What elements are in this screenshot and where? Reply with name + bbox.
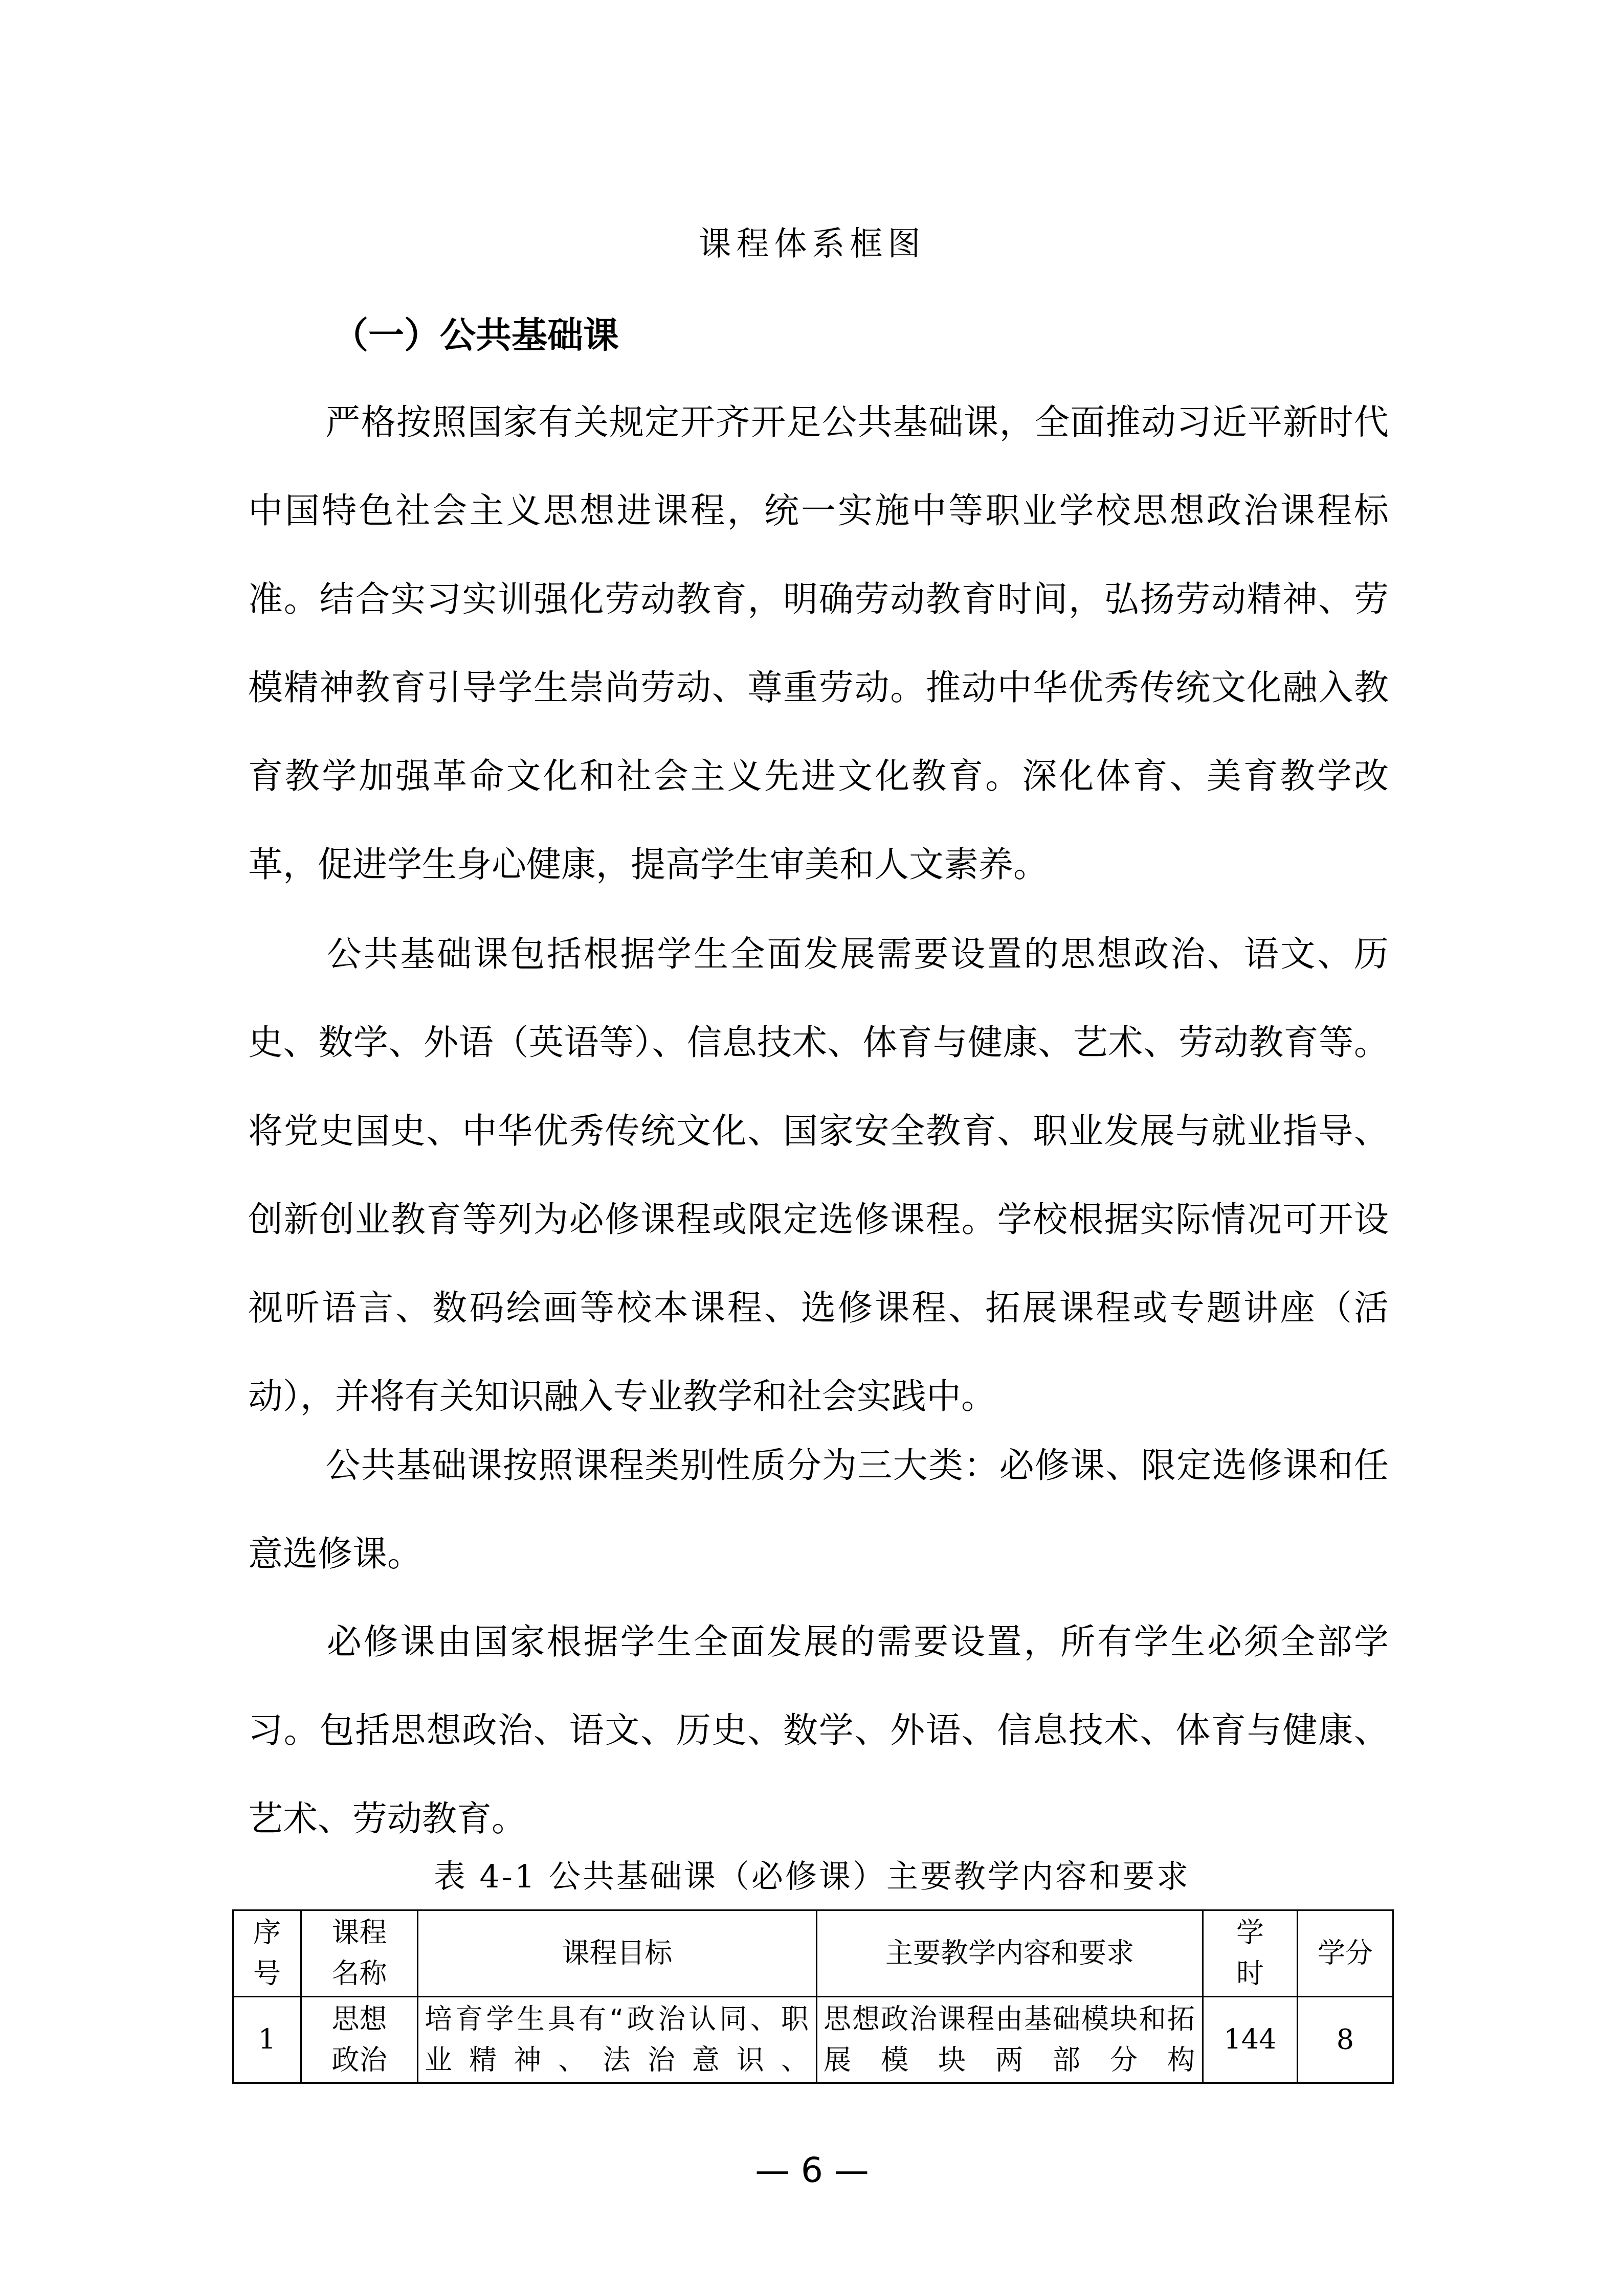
paragraph-3-text: 公共基础课按照课程类别性质分为三大类：必修课、限定选修课和任意选修课。 (248, 1446, 1389, 1574)
header-course-name: 课程名称 (301, 1910, 418, 1997)
paragraph-3: 公共基础课按照课程类别性质分为三大类：必修课、限定选修课和任意选修课。 (248, 1422, 1389, 1599)
cell-course-goal: 培育学生具有“政治认同、职业精神、法治意识、 (418, 1997, 817, 2083)
cell-hours: 144 (1203, 1997, 1298, 2083)
paragraph-2-text: 公共基础课包括根据学生全面发展需要设置的思想政治、语文、历史、数学、外语（英语等… (248, 934, 1389, 1417)
paragraph-1: 严格按照国家有关规定开齐开足公共基础课，全面推动习近平新时代中国特色社会主义思想… (248, 378, 1389, 909)
paragraph-1-text: 严格按照国家有关规定开齐开足公共基础课，全面推动习近平新时代中国特色社会主义思想… (248, 402, 1389, 885)
cell-seq: 1 (233, 1997, 301, 2083)
header-hours: 学时 (1203, 1910, 1298, 1997)
paragraph-4-text: 必修课由国家根据学生全面发展的需要设置，所有学生必须全部学习。包括思想政治、语文… (248, 1622, 1389, 1839)
paragraph-2: 公共基础课包括根据学生全面发展需要设置的思想政治、语文、历史、数学、外语（英语等… (248, 910, 1389, 1441)
section-heading: （一）公共基础课 (332, 307, 619, 358)
course-table: 序号 课程名称 课程目标 主要教学内容和要求 学时 学分 1 思想政治 培育学生… (232, 1909, 1394, 2084)
header-course-goal: 课程目标 (418, 1910, 817, 1997)
table-row: 1 思想政治 培育学生具有“政治认同、职业精神、法治意识、 思想政治课程由基础模… (233, 1997, 1393, 2083)
figure-title: 课程体系框图 (0, 217, 1624, 264)
table-header-row: 序号 课程名称 课程目标 主要教学内容和要求 学时 学分 (233, 1910, 1393, 1997)
paragraph-4: 必修课由国家根据学生全面发展的需要设置，所有学生必须全部学习。包括思想政治、语文… (248, 1598, 1389, 1863)
cell-course-content: 思想政治课程由基础模块和拓展模块两部分构 (817, 1997, 1203, 2083)
table-caption: 表 4-1 公共基础课（必修课）主要教学内容和要求 (0, 1851, 1624, 1897)
document-page: 课程体系框图 （一）公共基础课 严格按照国家有关规定开齐开足公共基础课，全面推动… (0, 0, 1624, 2296)
header-seq: 序号 (233, 1910, 301, 1997)
header-course-content: 主要教学内容和要求 (817, 1910, 1203, 1997)
cell-course-name: 思想政治 (301, 1997, 418, 2083)
page-number: — 6 — (0, 2150, 1624, 2191)
header-credits: 学分 (1298, 1910, 1393, 1997)
cell-credits: 8 (1298, 1997, 1393, 2083)
